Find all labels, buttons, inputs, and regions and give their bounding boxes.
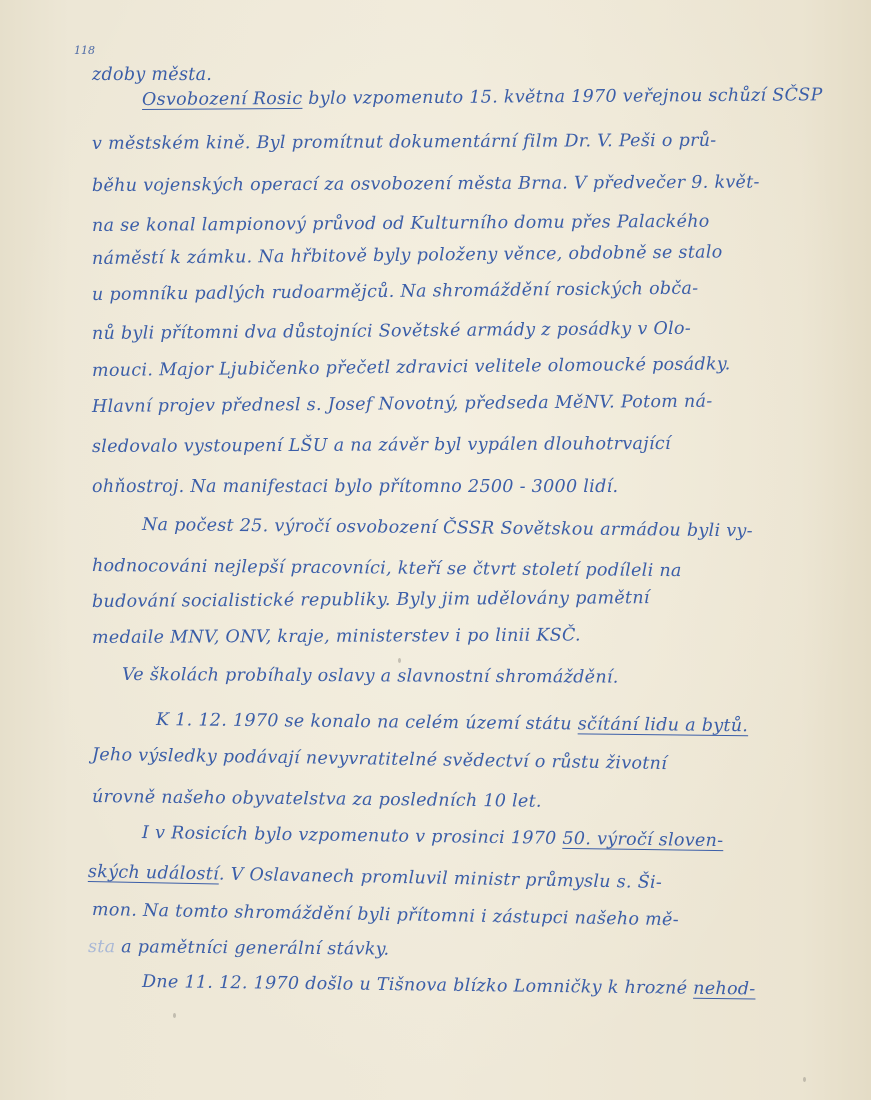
text-line: Hlavní projev přednesl s. Josef Novotný,… [92,392,713,417]
page-number: 118 [74,44,95,57]
text-line: zdoby města. [92,65,212,85]
text-line: na se konal lampionový průvod od Kulturn… [92,212,710,236]
text-line: Dne 11. 12. 1970 došlo u Tišnova blízko … [142,972,756,999]
text-line: K 1. 12. 1970 se konalo na celém území s… [156,710,748,736]
text-line: I v Rosicích bylo vzpomenuto v prosinci … [142,823,724,851]
text-line: ohňostroj. Na manifestaci bylo přítomno … [92,477,618,497]
chronicle-page: 118 zdoby města. Osvobození Rosic bylo v… [0,0,871,1100]
text-line: Jeho výsledky podávají nevyvratitelné sv… [92,745,667,774]
text-line: Ve školách probíhaly oslavy a slavnostní… [122,665,619,688]
paper-speck [398,658,401,663]
text-line: mon. Na tomto shromáždění byli přítomni … [92,900,679,930]
text-line: sledovalo vystoupení LŠU a na závěr byl … [92,434,671,457]
underlined-phrase: Osvobození Rosic [142,89,303,110]
text-line: úrovně našeho obyvatelstva za posledních… [92,787,542,812]
underlined-phrase: ských událostí [88,862,219,885]
paper-speck [173,1013,176,1018]
text-line: sta a pamětníci generální stávky. [88,937,390,960]
text-line: medaile MNV, ONV, kraje, ministerstev i … [92,625,581,648]
text-line: ských událostí. V Oslavanech promluvil m… [88,862,662,893]
text-line: Osvobození Rosic bylo vzpomenuto 15. kvě… [142,85,823,110]
text-line: v městském kině. Byl promítnut dokumentá… [92,131,717,154]
text-line: budování socialistické republiky. Byly j… [92,588,650,612]
text-line: mouci. Major Ljubičenko přečetl zdravici… [92,354,731,381]
underlined-phrase: nehod- [693,979,756,1000]
text-line: nů byli přítomni dva důstojníci Sovětské… [92,319,691,344]
text-line: běhu vojenských operací za osvobození mě… [92,173,760,196]
text-line: náměstí k zámku. Na hřbitově byly polože… [92,242,723,269]
text-line: u pomníku padlých rudoarmějců. Na shromá… [92,279,699,305]
underlined-phrase: sčítání lidu a bytů. [578,714,749,736]
text-line: Na počest 25. výročí osvobození ČSSR Sov… [142,515,753,541]
paper-speck [803,1077,806,1082]
underlined-phrase: 50. výročí sloven- [562,829,723,851]
text-line: hodnocováni nejlepší pracovníci, kteří s… [92,556,682,581]
